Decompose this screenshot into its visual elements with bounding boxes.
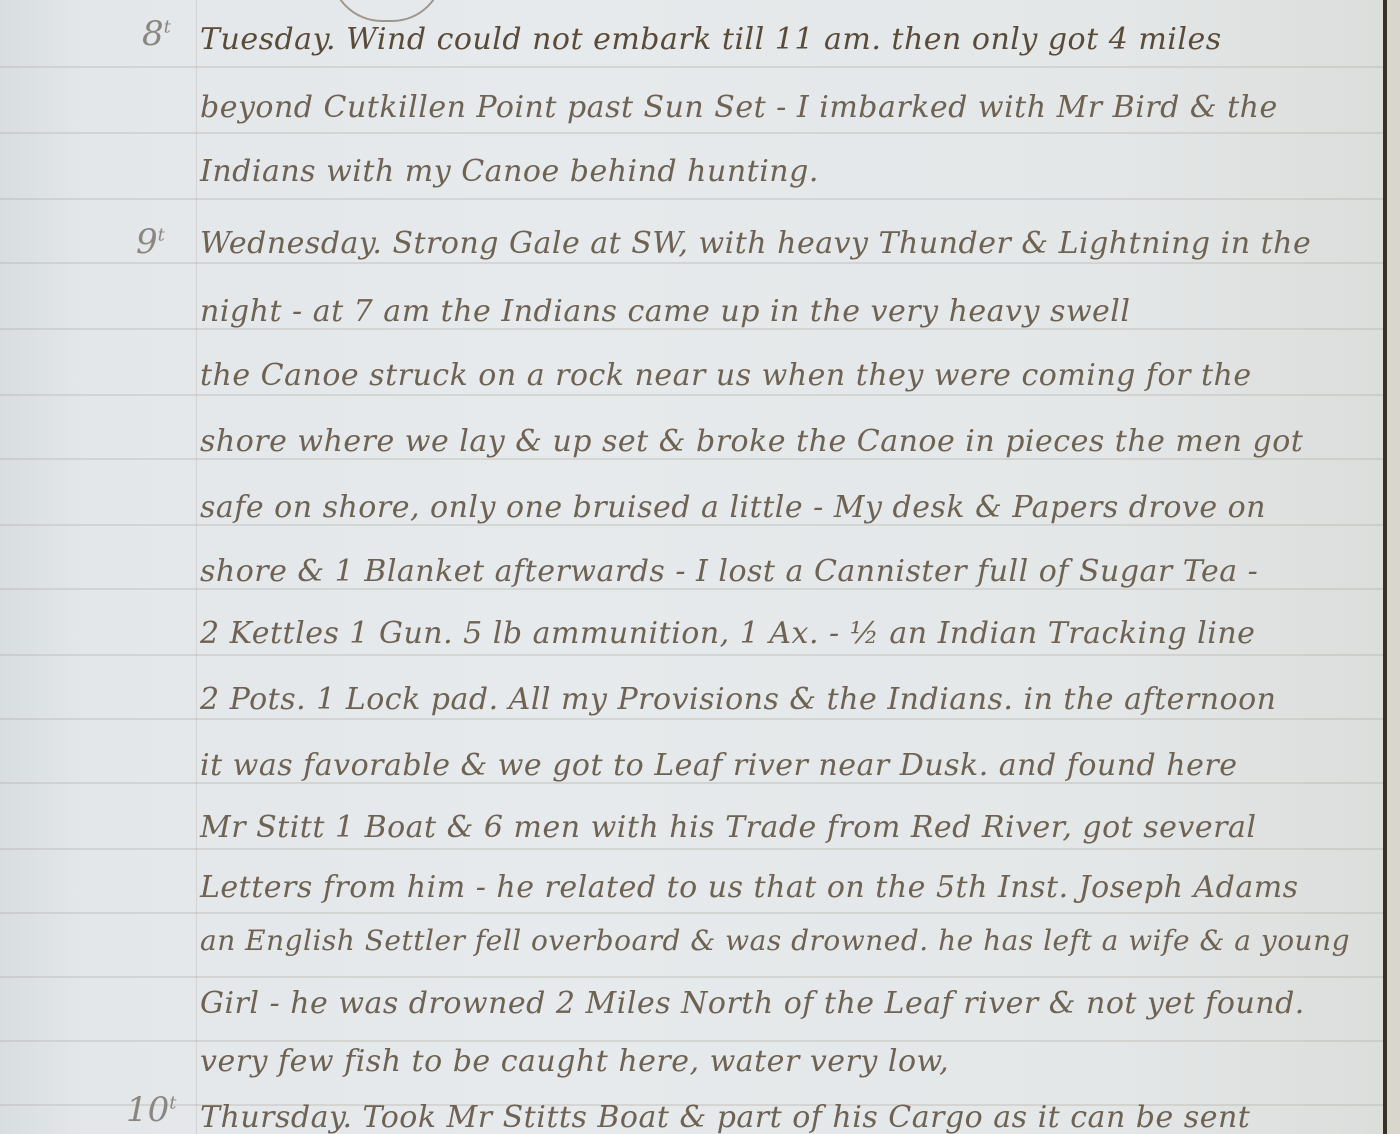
journal-line: 2 Kettles 1 Gun. 5 lb ammunition, 1 Ax. … [200, 616, 1255, 651]
journal-line: the Canoe struck on a rock near us when … [200, 358, 1252, 393]
date-marker: 8t [142, 14, 171, 54]
ink-flourish [330, 0, 444, 22]
ruled-line [0, 718, 1383, 720]
journal-line: safe on shore, only one bruised a little… [200, 490, 1266, 525]
journal-line: shore & 1 Blanket afterwards - I lost a … [200, 554, 1258, 589]
journal-line: 2 Pots. 1 Lock pad. All my Provisions & … [200, 682, 1277, 717]
journal-line: Thursday. Took Mr Stitts Boat & part of … [200, 1100, 1250, 1134]
ruled-line [0, 654, 1383, 656]
journal-line: night - at 7 am the Indians came up in t… [200, 294, 1131, 329]
journal-line: Indians with my Canoe behind hunting. [200, 154, 819, 189]
ruled-line [0, 198, 1383, 200]
journal-line: beyond Cutkillen Point past Sun Set - I … [200, 90, 1278, 125]
ruled-line [0, 1040, 1383, 1042]
ruled-line [0, 976, 1383, 978]
ruled-line [0, 262, 1383, 264]
margin-line [196, 0, 197, 1134]
journal-line: Letters from him - he related to us that… [200, 870, 1299, 905]
ruled-line [0, 912, 1383, 914]
journal-line: Mr Stitt 1 Boat & 6 men with his Trade f… [200, 810, 1256, 845]
journal-line: an English Settler fell overboard & was … [200, 924, 1350, 957]
ruled-line [0, 66, 1383, 68]
date-marker: 9t [136, 222, 165, 262]
journal-page: 8t Tuesday. Wind could not embark till 1… [0, 0, 1383, 1134]
ruled-line [0, 848, 1383, 850]
journal-line: shore where we lay & up set & broke the … [200, 424, 1303, 459]
journal-line: Girl - he was drowned 2 Miles North of t… [200, 986, 1305, 1021]
journal-line: very few fish to be caught here, water v… [200, 1044, 949, 1079]
adjacent-page-edge [1387, 0, 1400, 1134]
journal-line: Wednesday. Strong Gale at SW, with heavy… [200, 226, 1311, 261]
journal-line: Tuesday. Wind could not embark till 11 a… [200, 22, 1222, 57]
journal-line: it was favorable & we got to Leaf river … [200, 748, 1237, 783]
ruled-line [0, 394, 1383, 396]
date-marker: 10t [126, 1090, 177, 1130]
ruled-line [0, 132, 1383, 134]
